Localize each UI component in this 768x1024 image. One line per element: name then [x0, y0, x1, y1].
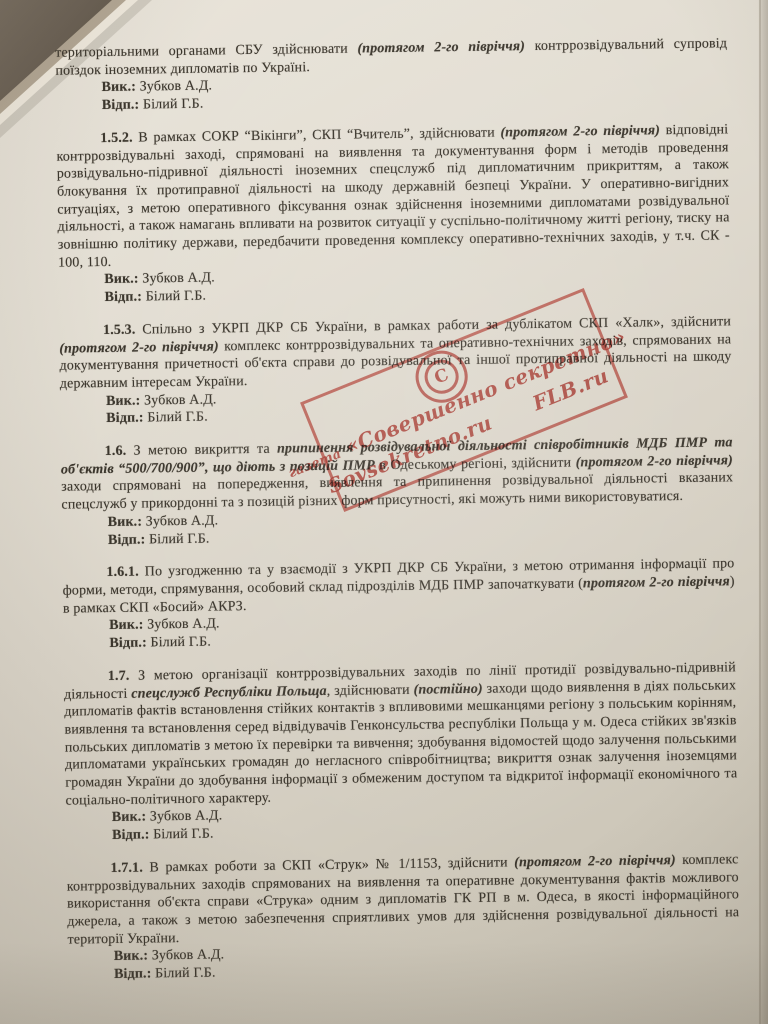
- signature-label: Вик.:: [102, 80, 137, 95]
- paragraph: 1.5.3. Спільно з УКРП ДКР СБ України, в …: [59, 313, 732, 393]
- signature-label: Вик.:: [106, 393, 141, 408]
- signature-label: Вик.:: [112, 810, 147, 825]
- paragraph-segment: (протягом 2-го півріччя): [576, 453, 733, 470]
- signature-label: Відп.:: [108, 532, 146, 548]
- paragraph: 1.6.1. По узгодженню та у взаємодії з УК…: [62, 556, 735, 618]
- paragraph: 1.5.2. В рамках СОКР “Вікінги”, СКП “Вчи…: [56, 121, 730, 272]
- signature-label: Вик.:: [109, 618, 144, 633]
- document-photo: територіальними органами СБУ здійснювати…: [0, 0, 768, 1024]
- paragraph: 1.7. З метою організації контррозвідувал…: [64, 659, 738, 810]
- paragraph-segment: в Одеському регіоні, здійснити: [375, 455, 576, 473]
- paragraph-segment: 1.5.2.: [100, 130, 133, 145]
- paragraph-segment: (протягом 2-го півріччя): [500, 123, 660, 140]
- paragraph-segment: протягом 2-го півріччя: [583, 574, 730, 591]
- paragraph-segment: (протягом 2-го півріччя): [357, 39, 525, 56]
- document-section: 1.5.2. В рамках СОКР “Вікінги”, СКП “Вчи…: [56, 121, 730, 307]
- paragraph-segment: 1.7.1.: [110, 860, 143, 875]
- paragraph-segment: спецслужб Республіки Польща: [131, 683, 327, 701]
- paragraph-segment: 1.6.1.: [106, 565, 139, 580]
- paragraph: 1.6. З метою викриття та припинення розв…: [61, 434, 734, 514]
- signature-label: Вик.:: [108, 514, 143, 529]
- signature-label: Вик.:: [104, 272, 139, 287]
- document-body: територіальними органами СБУ здійснювати…: [55, 35, 740, 984]
- paragraph-segment: В рамках роботи за СКП «Струк» № 1/1153,…: [143, 855, 515, 875]
- paragraph-segment: територіальними органами СБУ здійснювати: [55, 41, 357, 60]
- signature-label: Відп.:: [114, 966, 152, 982]
- document-section: 1.6. З метою викриття та припинення розв…: [61, 434, 734, 550]
- paragraph-segment: 1.6.: [105, 444, 127, 459]
- signature-label: Відп.:: [102, 98, 140, 114]
- document-sections: територіальними органами СБУ здійснювати…: [55, 35, 740, 984]
- paragraph-segment: (постійно): [413, 681, 482, 697]
- signature-label: Вик.:: [114, 949, 149, 964]
- paragraph-segment: заходи спрямовані на попередження, виявл…: [61, 471, 733, 513]
- document-section: 1.6.1. По узгодженню та у взаємодії з УК…: [62, 556, 735, 654]
- document-section: 1.7.1. В рамках роботи за СКП «Струк» № …: [66, 851, 740, 984]
- paragraph-segment: 1.7.: [108, 669, 130, 684]
- paragraph-segment: (протягом 2-го півріччя): [59, 339, 219, 356]
- document-section: 1.7. З метою організації контррозвідувал…: [64, 659, 738, 845]
- document-section: територіальними органами СБУ здійснювати…: [55, 35, 728, 115]
- paragraph-segment: , здійснювати: [327, 682, 414, 698]
- paragraph-segment: В рамках СОКР “Вікінги”, СКП “Вчитель”, …: [133, 125, 501, 145]
- signature-label: Відп.:: [112, 828, 150, 844]
- document-section: 1.5.3. Спільно з УКРП ДКР СБ України, в …: [59, 313, 732, 429]
- paragraph-segment: (протягом 2-го півріччя): [514, 853, 676, 870]
- signature-label: Відп.:: [106, 411, 144, 427]
- signature-label: Відп.:: [104, 290, 142, 306]
- paragraph-segment: 1.5.3.: [103, 322, 136, 337]
- paragraph-segment: З метою викриття та: [126, 442, 277, 459]
- signature-label: Відп.:: [109, 636, 147, 652]
- paragraph: 1.7.1. В рамках роботи за СКП «Струк» № …: [66, 851, 739, 949]
- page-right-edge-line: [759, 0, 761, 1024]
